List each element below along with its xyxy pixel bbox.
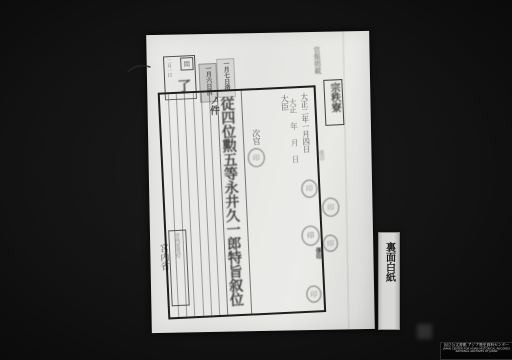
- approval-vice-minister-label: 次官: [251, 129, 263, 146]
- clerk-chain-stamp: 係印: [313, 247, 323, 259]
- back-blank-label-strip: 裏面白紙: [378, 232, 400, 330]
- inspection-stamp-label: 閲: [180, 57, 194, 71]
- inspection-stamp-date: 二月一日: [166, 59, 172, 77]
- round-seal-middle: 印: [301, 225, 320, 246]
- archive-credit-watermark: 国立公文書館 アジア歴史資料センター JAPAN CENTER FOR ASIA…: [440, 342, 512, 360]
- round-seal-upper: 印: [301, 179, 318, 198]
- subject-title: 従四位勲五等永井久一郎特旨叙位: [219, 96, 243, 306]
- scan-artifact-blob: [417, 324, 432, 339]
- round-seal-margin-upper: 印: [322, 197, 340, 217]
- vice-minister-seal: 印: [247, 148, 265, 168]
- gazette-note: 官報掲載: [313, 46, 322, 74]
- pen-stroke-mark: [126, 60, 153, 75]
- blank-date-line: 大正 年 月 日: [288, 98, 300, 163]
- bureau-stamp-text: 宗秩寮: [327, 82, 340, 113]
- back-blank-label-text: 裏面白紙: [381, 242, 398, 329]
- round-seal-lower: 印: [306, 285, 322, 303]
- scanned-document-page: 二月一日 閲 了 一月六日済 一月七日済 官報掲載 宗秩寮 係印 印 印 宮内省: [146, 31, 375, 333]
- document-content: 二月一日 閲 了 一月六日済 一月七日済 官報掲載 宗秩寮 係印 印 印 宮内省: [142, 28, 379, 336]
- archive-credit-line3: NATIONAL ARCHIVES OF JAPAN: [441, 350, 512, 353]
- round-seal-margin-lower: 印: [323, 234, 339, 252]
- scan-viewport: { "document": { "subject": "従四位勲五等永井久一郎特…: [0, 0, 512, 360]
- archive-credit-lines: 国立公文書館 アジア歴史資料センター JAPAN CENTER FOR ASIA…: [441, 343, 512, 353]
- routing-table: ノ件 従四位勲五等永井久一郎特旨叙位 大臣 次官 印 大正二年一月四日 大正 年…: [158, 85, 327, 319]
- draft-date: 大正二年一月四日: [299, 93, 310, 153]
- bureau-stamp-box: 宗秩寮: [323, 79, 344, 126]
- receipt-stamp: 宮内省受付: [168, 230, 190, 307]
- receipt-stamp-text: 宮内省受付: [173, 233, 180, 258]
